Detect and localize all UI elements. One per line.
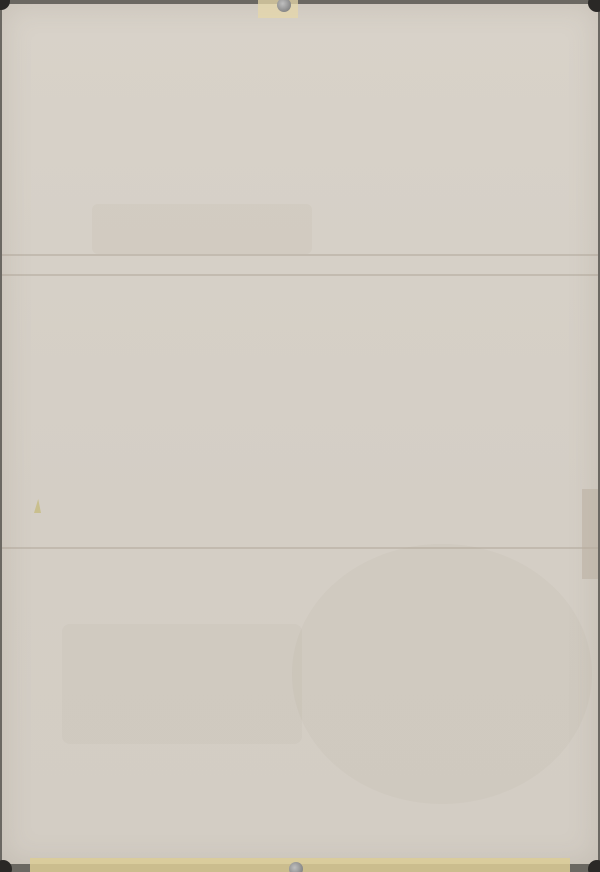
- bleed-through-text: [62, 624, 302, 744]
- poster-back: [2, 4, 598, 864]
- fold-line: [2, 274, 598, 276]
- fold-line: [2, 254, 598, 256]
- fold-line: [2, 547, 598, 549]
- bleed-through-text: [92, 204, 312, 254]
- edge-residue: [582, 489, 598, 579]
- pushpin-icon: [289, 862, 303, 872]
- stain-mark: [34, 499, 41, 513]
- bleed-through-shape: [292, 544, 592, 804]
- corner-clip: [588, 860, 600, 872]
